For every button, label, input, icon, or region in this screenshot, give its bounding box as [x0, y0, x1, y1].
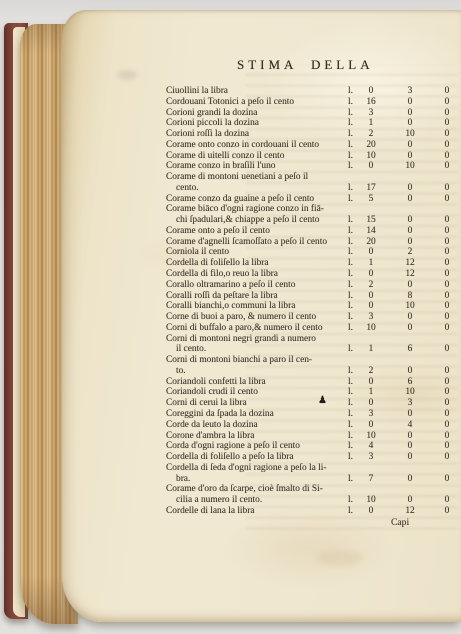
item-label: to. — [176, 366, 186, 377]
paper-stain — [317, 550, 363, 566]
value-col-1: 17 — [358, 183, 384, 194]
item-label: Corda d'ogni ragione a peſo il cento — [166, 441, 300, 452]
value-col-1: 1 — [358, 118, 384, 129]
item-label: Corame biāco d'ogni ragione conzo in fiā… — [166, 204, 324, 215]
value-col-3: 0 — [434, 258, 460, 269]
value-col-2: 6 — [397, 344, 423, 355]
value-col-3: 0 — [434, 377, 460, 388]
table-row: Cordella di ſeda d'ogni ragione a peſo l… — [166, 463, 458, 474]
item-label: Corni di buffalo a paro,& numero il cent… — [166, 323, 323, 334]
value-col-1: 3 — [358, 312, 384, 323]
value-col-2: 12 — [397, 506, 423, 517]
table-row: Corame d'agnelli ſcamoſſato a peſo il ce… — [166, 237, 458, 248]
value-col-2: 0 — [397, 366, 423, 377]
value-col-2: 3 — [397, 86, 423, 97]
value-col-2: 4 — [397, 420, 423, 431]
table-row: Cordouani Totonici a peſo il centol.1600 — [166, 97, 458, 108]
item-label: cilia a numero il cento. — [176, 495, 262, 506]
value-col-1: 20 — [358, 140, 384, 151]
value-col-1: 1 — [358, 387, 384, 398]
item-label: Coralli bianchi,o communi la libra — [166, 301, 295, 312]
item-label: Corni di montoni bianchi a paro il cen- — [166, 355, 312, 366]
item-label: Corne di buoi a paro, & numero il cento — [166, 312, 316, 323]
value-col-2: 12 — [397, 258, 423, 269]
table-row: Corame di uitelli conzo il centol.1000 — [166, 151, 458, 162]
value-col-2: 0 — [397, 118, 423, 129]
table-row: Coralli bianchi,o communi la libral.0100 — [166, 301, 458, 312]
value-col-1: 10 — [358, 431, 384, 442]
value-col-3: 0 — [434, 129, 460, 140]
table-row: Coriandoli confetti la libral.060 — [166, 377, 458, 388]
item-label: chi ſpadulari,& chiappe a peſo il cento — [176, 215, 319, 226]
value-col-2: 0 — [397, 431, 423, 442]
value-col-2: 0 — [397, 108, 423, 119]
price-list: Ciuollini la libral.030Cordouani Totonic… — [166, 86, 458, 517]
item-label: Cordouani Totonici a peſo il cento — [166, 97, 294, 108]
table-row: Corame onto a peſo il centol.1400 — [166, 226, 458, 237]
value-col-3: 0 — [434, 420, 460, 431]
value-col-3: 0 — [434, 280, 460, 291]
table-row: Corame onto conzo in cordouani il centol… — [166, 140, 458, 151]
item-label: Corde da leuto la dozina — [166, 420, 258, 431]
ink-mark-icon: ♟ — [318, 396, 327, 407]
table-row: Corame conzo da guaine a peſo il centol.… — [166, 194, 458, 205]
value-col-2: 0 — [397, 140, 423, 151]
table-row: Coralli roſſi da peſtare la libral.080 — [166, 291, 458, 302]
item-label: Corame d'agnelli ſcamoſſato a peſo il ce… — [166, 237, 327, 248]
value-col-1: 4 — [358, 441, 384, 452]
value-col-2: 0 — [397, 409, 423, 420]
table-row: Corame biāco d'ogni ragione conzo in fiā… — [166, 204, 458, 215]
table-row: Corni di buffalo a paro,& numero il cent… — [166, 323, 458, 334]
item-label: Corame di uitelli conzo il cento — [166, 151, 284, 162]
value-col-1: 14 — [358, 226, 384, 237]
value-col-2: 0 — [397, 237, 423, 248]
value-col-1: 10 — [358, 323, 384, 334]
table-row: to.l.200 — [166, 366, 458, 377]
item-label: Corioni piccoli la dozina — [166, 118, 259, 129]
table-row: Coriandoli crudi il centol.1100 — [166, 387, 458, 398]
value-col-3: 0 — [434, 97, 460, 108]
value-col-3: 0 — [434, 344, 460, 355]
table-row: Corde da leuto la dozinal.040 — [166, 420, 458, 431]
table-row: Cordella di foliſello la libral.1120 — [166, 258, 458, 269]
table-row: Corame conzo in braſili l'unol.0100 — [166, 161, 458, 172]
value-col-1: 3 — [358, 409, 384, 420]
value-col-1: 0 — [358, 86, 384, 97]
value-col-1: 2 — [358, 366, 384, 377]
value-col-3: 0 — [434, 323, 460, 334]
table-row: Cordella di foliſello a peſo la libral.3… — [166, 452, 458, 463]
value-col-2: 10 — [397, 387, 423, 398]
value-col-3: 0 — [434, 409, 460, 420]
value-col-3: 0 — [434, 247, 460, 258]
value-col-2: 0 — [397, 312, 423, 323]
value-col-1: 7 — [358, 474, 384, 485]
value-col-3: 0 — [434, 291, 460, 302]
item-label: bra. — [176, 474, 190, 485]
value-col-2: 0 — [397, 97, 423, 108]
value-col-2: 0 — [397, 495, 423, 506]
item-label: il cento. — [176, 344, 206, 355]
value-col-2: 2 — [397, 247, 423, 258]
item-label: Coralli roſſi da peſtare la libra — [166, 291, 278, 302]
value-col-2: 10 — [397, 301, 423, 312]
value-col-1: 1 — [358, 344, 384, 355]
value-col-3: 0 — [434, 387, 460, 398]
value-col-3: 0 — [434, 86, 460, 97]
item-label: Corioni grandi la dozina — [166, 108, 257, 119]
table-row: bra.l.700 — [166, 474, 458, 485]
table-row: Corame di montoni uenetiani a peſo il — [166, 172, 458, 183]
value-col-1: 15 — [358, 215, 384, 226]
item-label: Corame conzo in braſili l'uno — [166, 161, 275, 172]
value-col-3: 0 — [434, 151, 460, 162]
item-label: Coriandoli confetti la libra — [166, 377, 266, 388]
item-label: Ciuollini la libra — [166, 86, 228, 97]
photo-backdrop: STIMA DELLA Ciuollini la libral.030Cordo… — [0, 0, 461, 634]
value-col-1: 3 — [358, 452, 384, 463]
value-col-3: 0 — [434, 431, 460, 442]
table-row: Cordelle di lana la libral.0120 — [166, 506, 458, 517]
table-row: Corone d'ambra la libral.1000 — [166, 431, 458, 442]
value-col-3: 0 — [434, 226, 460, 237]
value-col-3: 0 — [434, 161, 460, 172]
item-label: Corni di montoni negri grandi a numero — [166, 334, 316, 345]
table-row: Corioni grandi la dozinal.300 — [166, 108, 458, 119]
table-row: Corda d'ogni ragione a peſo il centol.40… — [166, 441, 458, 452]
value-col-2: 0 — [397, 183, 423, 194]
value-col-1: 0 — [358, 161, 384, 172]
table-row: Ciuollini la libral.030 — [166, 86, 458, 97]
value-col-1: 0 — [358, 506, 384, 517]
table-row: Corni di montoni bianchi a paro il cen- — [166, 355, 458, 366]
value-col-2: 0 — [397, 280, 423, 291]
running-title: STIMA DELLA — [237, 57, 374, 73]
value-col-2: 0 — [397, 226, 423, 237]
value-col-1: 0 — [358, 247, 384, 258]
value-col-1: 5 — [358, 194, 384, 205]
book-page: STIMA DELLA Ciuollini la libral.030Cordo… — [62, 10, 461, 622]
table-row: Coreggini da ſpada la dozinal.300 — [166, 409, 458, 420]
item-label: Coreggini da ſpada la dozina — [166, 409, 274, 420]
value-col-3: 0 — [434, 441, 460, 452]
value-col-3: 0 — [434, 237, 460, 248]
table-row: cento.l.1700 — [166, 183, 458, 194]
value-col-1: 0 — [358, 377, 384, 388]
value-col-1: 0 — [358, 420, 384, 431]
item-label: Cordella di foliſello la libra — [166, 258, 269, 269]
value-col-3: 0 — [434, 118, 460, 129]
value-col-3: 0 — [434, 183, 460, 194]
value-col-3: 0 — [434, 312, 460, 323]
catchword: Capi — [391, 517, 409, 528]
table-row: chi ſpadulari,& chiappe a peſo il centol… — [166, 215, 458, 226]
value-col-2: 0 — [397, 215, 423, 226]
paper-stain — [117, 70, 137, 80]
table-row: Corame d'oro da ſcarpe, cioè ſmalto di S… — [166, 484, 458, 495]
item-label: Corame di montoni uenetiani a peſo il — [166, 172, 308, 183]
value-col-1: 3 — [358, 108, 384, 119]
value-col-1: 20 — [358, 237, 384, 248]
value-col-3: 0 — [434, 108, 460, 119]
value-col-1: 10 — [358, 495, 384, 506]
table-row: il cento.l.160 — [166, 344, 458, 355]
table-row: Corni di cerui la libra♟l.030 — [166, 398, 458, 409]
value-col-3: 0 — [434, 495, 460, 506]
value-col-1: 2 — [358, 280, 384, 291]
item-label: Cordella di foliſello a peſo la libra — [166, 452, 294, 463]
value-col-3: 0 — [434, 140, 460, 151]
value-col-1: 2 — [358, 129, 384, 140]
value-col-2: 10 — [397, 161, 423, 172]
item-label: Corone d'ambra la libra — [166, 431, 254, 442]
value-col-3: 0 — [434, 301, 460, 312]
value-col-3: 0 — [434, 452, 460, 463]
item-label: Cordelle di lana la libra — [166, 506, 255, 517]
value-col-3: 0 — [434, 215, 460, 226]
value-col-2: 0 — [397, 151, 423, 162]
item-label: Coriandoli crudi il cento — [166, 387, 258, 398]
value-col-2: 10 — [397, 129, 423, 140]
value-col-1: 0 — [358, 398, 384, 409]
table-row: cilia a numero il cento.l.1000 — [166, 495, 458, 506]
table-row: Corioni piccoli la dozinal.100 — [166, 118, 458, 129]
value-col-1: 0 — [358, 269, 384, 280]
value-col-2: 6 — [397, 377, 423, 388]
value-col-2: 0 — [397, 441, 423, 452]
item-label: Corniola il cento — [166, 247, 229, 258]
value-col-3: 0 — [434, 194, 460, 205]
value-col-2: 12 — [397, 269, 423, 280]
item-label: Corame conzo da guaine a peſo il cento — [166, 194, 314, 205]
item-label: Corame d'oro da ſcarpe, cioè ſmalto di S… — [166, 484, 323, 495]
item-label: Corame onto a peſo il cento — [166, 226, 270, 237]
value-col-3: 0 — [434, 506, 460, 517]
item-label: Corioni roſſi la dozina — [166, 129, 249, 140]
value-col-2: 8 — [397, 291, 423, 302]
value-col-3: 0 — [434, 398, 460, 409]
value-col-1: 0 — [358, 291, 384, 302]
value-col-1: 10 — [358, 151, 384, 162]
item-label: cento. — [176, 183, 199, 194]
table-row: Corioni roſſi la dozinal.2100 — [166, 129, 458, 140]
value-col-1: 0 — [358, 301, 384, 312]
table-row: Corniola il centol.020 — [166, 247, 458, 258]
table-row: Corallo oltramarino a peſo il centol.200 — [166, 280, 458, 291]
value-col-2: 0 — [397, 194, 423, 205]
table-row: Corne di buoi a paro, & numero il centol… — [166, 312, 458, 323]
value-col-2: 0 — [397, 452, 423, 463]
table-row: Corni di montoni negri grandi a numero — [166, 334, 458, 345]
value-col-3: 0 — [434, 366, 460, 377]
value-col-3: 0 — [434, 269, 460, 280]
item-label: Corame onto conzo in cordouani il cento — [166, 140, 319, 151]
item-label: Corallo oltramarino a peſo il cento — [166, 280, 295, 291]
value-col-2: 0 — [397, 323, 423, 334]
table-row: Cordella di filo,o reuo la libral.0120 — [166, 269, 458, 280]
item-label: Cordella di filo,o reuo la libra — [166, 269, 278, 280]
value-col-1: 1 — [358, 258, 384, 269]
value-col-3: 0 — [434, 474, 460, 485]
value-col-1: 16 — [358, 97, 384, 108]
item-label: Cordella di ſeda d'ogni ragione a peſo l… — [166, 463, 327, 474]
value-col-2: 0 — [397, 474, 423, 485]
value-col-2: 3 — [397, 398, 423, 409]
item-label: Corni di cerui la libra — [166, 398, 247, 409]
